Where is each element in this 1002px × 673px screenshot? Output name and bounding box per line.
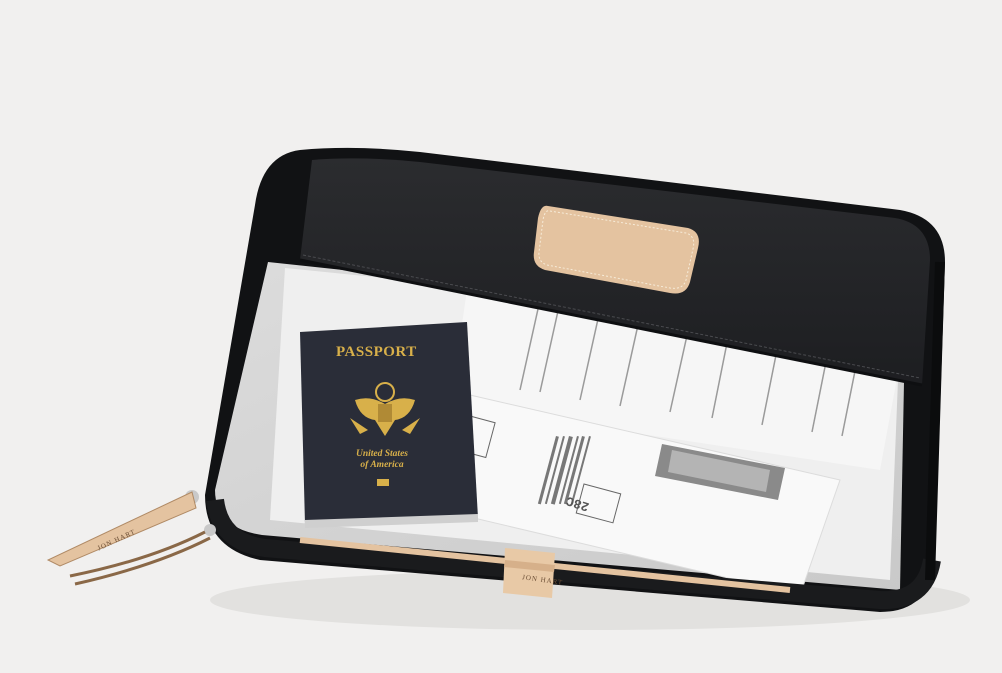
passport-title: PASSPORT xyxy=(336,344,417,361)
product-photo: PASSPORT United States of America 28C JO… xyxy=(0,0,1002,673)
passport-country-line1: United States xyxy=(352,449,412,460)
passport-country: United States of America xyxy=(352,449,412,471)
pouch-illustration xyxy=(0,0,1002,673)
passport-country-line2: of America xyxy=(352,460,412,471)
